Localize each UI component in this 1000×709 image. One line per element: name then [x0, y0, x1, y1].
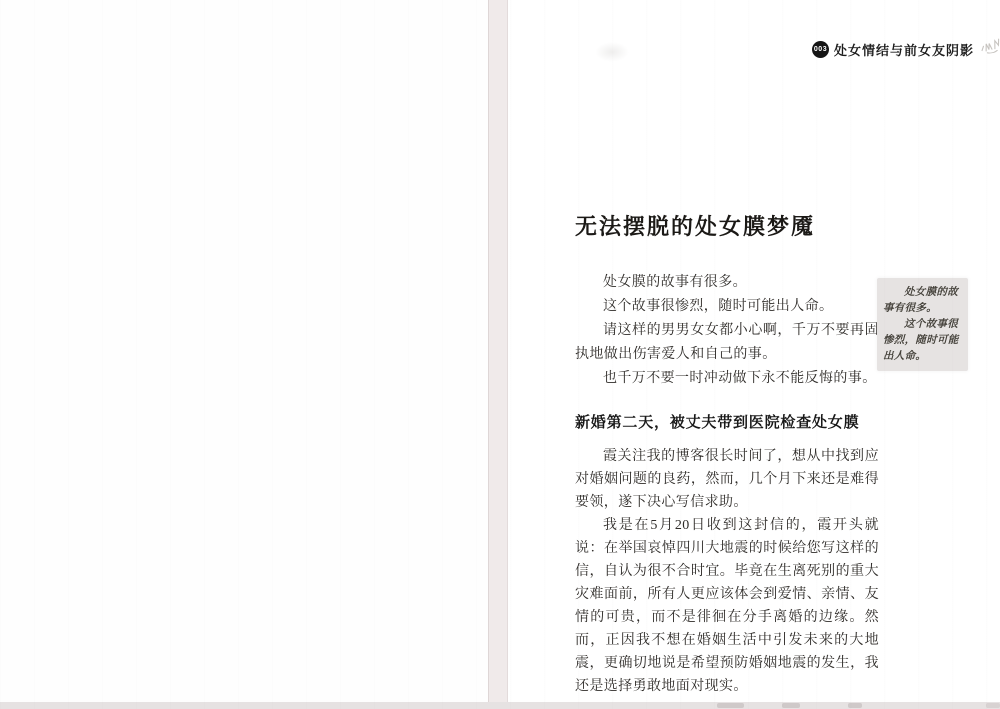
scan-smudge: [595, 42, 629, 62]
intro-paragraph: 也千万不要一时冲动做下永不能反悔的事。: [575, 367, 879, 391]
handwritten-margin-note: 处女膜的故事有很多。 这个故事很惨烈，随时可能出人命。: [877, 278, 968, 371]
section-heading: 新婚第二天，被丈夫带到医院检查处女膜: [575, 411, 895, 432]
intro-paragraphs: 处女膜的故事有很多。 这个故事很惨烈，随时可能出人命。 请这样的男男女女都小心啊…: [575, 271, 879, 391]
running-header: 003 处女情结与前女友阴影: [812, 40, 1000, 58]
pencil-scribble-icon: [979, 35, 1000, 59]
margin-note-line: 处女膜的故事有很多。: [883, 285, 962, 317]
book-gutter: [488, 0, 508, 702]
intro-paragraph: 请这样的男男女女都小心啊，千万不要再固执地做出伤害爱人和自己的事。: [575, 319, 879, 367]
intro-paragraph: 处女膜的故事有很多。: [575, 271, 879, 295]
running-title: 处女情结与前女友阴影: [834, 40, 974, 59]
edge-shadow-segment: [986, 703, 1000, 708]
left-page-blank: [0, 0, 488, 702]
margin-note-line: 这个故事很惨烈，随时可能出人命。: [883, 317, 962, 365]
page-number-badge: 003: [812, 41, 829, 58]
section-paragraphs: 霞关注我的博客很长时间了，想从中找到应对婚姻问题的良药，然而，几个月下来还是难得…: [575, 445, 879, 698]
page-bottom-edge: [0, 702, 1000, 709]
edge-shadow-segment: [848, 703, 862, 708]
edge-shadow-segment: [717, 703, 744, 708]
chapter-title: 无法摆脱的处女膜梦魇: [575, 210, 895, 241]
body-paragraph: 霞关注我的博客很长时间了，想从中找到应对婚姻问题的良药，然而，几个月下来还是难得…: [575, 445, 879, 514]
edge-shadow-segment: [782, 703, 800, 708]
intro-paragraph: 这个故事很惨烈，随时可能出人命。: [575, 295, 879, 319]
body-paragraph: 我是在5月20日收到这封信的，霞开头就说：在举国哀悼四川大地震的时候给您写这样的…: [575, 514, 879, 698]
